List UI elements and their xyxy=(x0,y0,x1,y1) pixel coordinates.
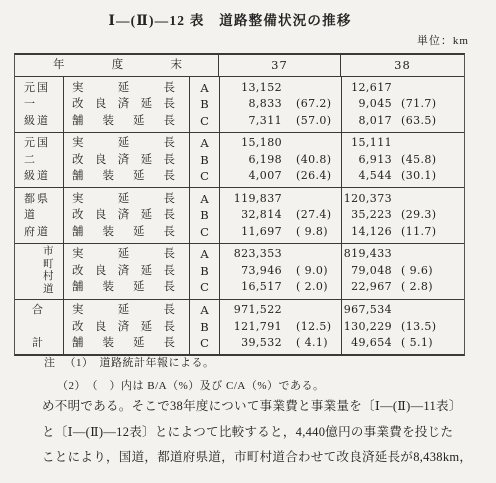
value-38: 12,617 xyxy=(342,80,392,97)
value-line-37: 823,353 xyxy=(220,246,341,263)
ratio-37: ( 2.0) xyxy=(296,279,328,296)
measure-char: 長 xyxy=(164,263,176,280)
measure-char: 装 xyxy=(103,113,115,130)
values-37-column: 119,83732,814(27.4)11,697( 9.8) xyxy=(219,188,341,243)
ratio-37: (67.2) xyxy=(296,96,331,113)
body-line-3: ことにより，国道，都道府県道，市町村道合わせて改良済延長が8,438km， xyxy=(42,445,472,471)
category-line: 都県 xyxy=(24,191,63,208)
value-37: 15,180 xyxy=(220,135,282,152)
measure-char: 長 xyxy=(164,207,176,224)
ratio-37: (57.0) xyxy=(296,113,331,130)
measure-char: 延 xyxy=(133,335,145,352)
measure-label: 舗装延長 xyxy=(64,113,189,130)
measure-column: 実延長改良済延長舗装延長 xyxy=(63,244,189,299)
measure-char: 延 xyxy=(118,246,130,263)
measure-label: 舗装延長 xyxy=(64,335,189,352)
code-label: C xyxy=(190,113,219,130)
measure-char: 実 xyxy=(72,191,84,208)
measure-char: 長 xyxy=(164,135,176,152)
measure-char: 改 xyxy=(72,263,84,280)
table-body: 元国一級道実延長改良済延長舗装延長ABC13,1528,833(67.2)7,3… xyxy=(15,77,464,354)
measure-label: 実延長 xyxy=(64,80,189,97)
category-line: 級道 xyxy=(24,113,63,130)
value-line-37: 16,517( 2.0) xyxy=(220,279,341,296)
ratio-37: (27.4) xyxy=(296,207,331,224)
note-prefix: 注 xyxy=(44,357,56,369)
value-38: 130,229 xyxy=(342,319,392,336)
value-line-37: 119,837 xyxy=(220,191,341,208)
ratio-37: ( 9.8) xyxy=(296,224,328,241)
table-title: Ⅰ—(Ⅱ)—12 表 道路整備状況の推移 xyxy=(0,9,460,29)
ratio-38: (63.5) xyxy=(401,113,436,130)
ratio-37: (26.4) xyxy=(296,168,331,185)
header-col-37: 37 xyxy=(218,55,340,76)
measure-label: 実延長 xyxy=(64,246,189,263)
note-line-1: 注（1） 道路統計年報による。 xyxy=(44,357,325,370)
measure-label: 実延長 xyxy=(64,135,189,152)
ratio-38: ( 9.6) xyxy=(401,263,433,280)
values-37-column: 15,1806,198(40.8)4,007(26.4) xyxy=(219,133,341,188)
measure-char: 延 xyxy=(141,263,153,280)
ratio-37: ( 9.0) xyxy=(296,263,328,280)
code-label: C xyxy=(190,279,219,296)
value-38: 9,045 xyxy=(342,96,392,113)
code-label: B xyxy=(190,96,219,113)
value-line-38: 49,654( 5.1) xyxy=(342,335,464,352)
value-line-37: 13,152 xyxy=(220,80,341,97)
document-page: Ⅰ—(Ⅱ)—12 表 道路整備状況の推移 単位：km 年度末 37 38 元国一… xyxy=(0,0,496,483)
header-col-38: 38 xyxy=(340,55,464,76)
category-cell: 元国一級道 xyxy=(15,77,63,132)
measure-char: 延 xyxy=(141,152,153,169)
measure-column: 実延長改良済延長舗装延長 xyxy=(63,77,189,132)
measure-char: 長 xyxy=(164,152,176,169)
measure-char: 装 xyxy=(103,335,115,352)
category-line: 市 xyxy=(43,246,63,259)
value-37: 39,532 xyxy=(220,335,282,352)
measure-char: 長 xyxy=(164,246,176,263)
measure-char: 長 xyxy=(164,319,176,336)
measure-char: 延 xyxy=(133,113,145,130)
value-line-38: 4,544(30.1) xyxy=(342,168,464,185)
value-38: 35,223 xyxy=(342,207,392,224)
value-line-38: 15,111 xyxy=(342,135,464,152)
measure-char: 長 xyxy=(164,279,176,296)
category-line: 府道 xyxy=(24,224,63,241)
value-line-38: 130,229(13.5) xyxy=(342,319,464,336)
unit-label: 単位：km xyxy=(417,32,469,48)
measure-char: 済 xyxy=(118,152,130,169)
header-year-char: 末 xyxy=(171,55,183,76)
measure-label: 舗装延長 xyxy=(64,279,189,296)
value-38: 6,913 xyxy=(342,152,392,169)
ratio-37: (40.8) xyxy=(296,152,331,169)
category-line: 二 xyxy=(24,152,63,169)
measure-char: 長 xyxy=(164,224,176,241)
measure-label: 舗装延長 xyxy=(64,224,189,241)
value-37: 13,152 xyxy=(220,80,282,97)
code-label: C xyxy=(190,335,219,352)
value-37: 4,007 xyxy=(220,168,282,185)
measure-column: 実延長改良済延長舗装延長 xyxy=(63,133,189,188)
value-line-37: 7,311(57.0) xyxy=(220,113,341,130)
code-label: C xyxy=(190,224,219,241)
note-1-text: （1） 道路統計年報による。 xyxy=(65,357,215,369)
measure-char: 延 xyxy=(118,302,130,319)
values-38-column: 15,1116,913(45.8)4,544(30.1) xyxy=(341,133,464,188)
measure-char: 改 xyxy=(72,96,84,113)
code-column: ABC xyxy=(189,244,219,299)
ratio-38: (45.8) xyxy=(401,152,436,169)
measure-char: 舗 xyxy=(72,224,84,241)
code-label: A xyxy=(190,302,219,319)
roads-table: 年度末 37 38 元国一級道実延長改良済延長舗装延長ABC13,1528,83… xyxy=(14,53,465,356)
values-38-column: 819,43379,048( 9.6)22,967( 2.8) xyxy=(341,244,464,299)
body-line-1: め不明である。そこで38年度について事業費と事業量を〔Ⅰ—(Ⅱ)—11表〕 xyxy=(42,394,472,420)
note-line-2: （2） （ ）内は B/A（%）及び C/A（%）である。 xyxy=(44,380,325,393)
measure-label: 改良済延長 xyxy=(64,207,189,224)
category-cell: 都県道府道 xyxy=(15,188,63,243)
table-group-1: 元国一級道実延長改良済延長舗装延長ABC13,1528,833(67.2)7,3… xyxy=(15,77,464,132)
values-37-column: 823,35373,946( 9.0)16,517( 2.0) xyxy=(219,244,341,299)
measure-label: 改良済延長 xyxy=(64,152,189,169)
value-38: 4,544 xyxy=(342,168,392,185)
value-37: 11,697 xyxy=(220,224,282,241)
value-line-38: 120,373 xyxy=(342,191,464,208)
measure-char: 良 xyxy=(95,207,107,224)
measure-char: 実 xyxy=(72,80,84,97)
measure-label: 改良済延長 xyxy=(64,263,189,280)
table-group-4: 市町村道実延長改良済延長舗装延長ABC823,35373,946( 9.0)16… xyxy=(15,243,464,299)
value-37: 119,837 xyxy=(220,191,282,208)
measure-column: 実延長改良済延長舗装延長 xyxy=(63,300,189,355)
value-38: 15,111 xyxy=(342,135,392,152)
measure-label: 改良済延長 xyxy=(64,319,189,336)
values-38-column: 120,37335,223(29.3)14,126(11.7) xyxy=(341,188,464,243)
code-column: ABC xyxy=(189,188,219,243)
measure-char: 舗 xyxy=(72,279,84,296)
values-38-column: 967,534130,229(13.5)49,654( 5.1) xyxy=(341,300,464,355)
category-line: 道 xyxy=(43,284,63,297)
value-line-38: 35,223(29.3) xyxy=(342,207,464,224)
ratio-38: (13.5) xyxy=(401,319,436,336)
value-line-38: 14,126(11.7) xyxy=(342,224,464,241)
measure-char: 良 xyxy=(95,152,107,169)
table-group-5: 合計実延長改良済延長舗装延長ABC971,522121,791(12.5)39,… xyxy=(15,299,464,355)
ratio-37: ( 4.1) xyxy=(296,335,328,352)
value-38: 120,373 xyxy=(342,191,392,208)
value-38: 967,534 xyxy=(342,302,392,319)
measure-char: 長 xyxy=(164,80,176,97)
measure-char: 延 xyxy=(118,135,130,152)
measure-char: 実 xyxy=(72,302,84,319)
value-38: 22,967 xyxy=(342,279,392,296)
measure-char: 装 xyxy=(103,224,115,241)
value-38: 819,433 xyxy=(342,246,392,263)
value-line-37: 8,833(67.2) xyxy=(220,96,341,113)
measure-char: 良 xyxy=(95,263,107,280)
measure-char: 済 xyxy=(118,207,130,224)
measure-char: 長 xyxy=(164,96,176,113)
value-37: 6,198 xyxy=(220,152,282,169)
code-column: ABC xyxy=(189,133,219,188)
code-column: ABC xyxy=(189,300,219,355)
ratio-38: ( 5.1) xyxy=(401,335,433,352)
code-label: A xyxy=(190,135,219,152)
measure-char: 済 xyxy=(118,319,130,336)
measure-char: 良 xyxy=(95,96,107,113)
ratio-38: (11.7) xyxy=(401,224,436,241)
value-line-38: 9,045(71.7) xyxy=(342,96,464,113)
table-header-row: 年度末 37 38 xyxy=(15,55,464,77)
measure-label: 舗装延長 xyxy=(64,168,189,185)
measure-char: 改 xyxy=(72,319,84,336)
value-37: 73,946 xyxy=(220,263,282,280)
category-line: 元国 xyxy=(24,135,63,152)
ratio-37: (12.5) xyxy=(296,319,331,336)
category-line: 一 xyxy=(24,96,63,113)
value-37: 16,517 xyxy=(220,279,282,296)
code-label: A xyxy=(190,246,219,263)
code-column: ABC xyxy=(189,77,219,132)
body-line-2: と〔Ⅰ—(Ⅱ)—12表〕とによつて比較すると，4,440億円の事業費を投じた xyxy=(42,420,472,446)
values-37-column: 13,1528,833(67.2)7,311(57.0) xyxy=(219,77,341,132)
value-line-38: 12,617 xyxy=(342,80,464,97)
value-37: 32,814 xyxy=(220,207,282,224)
value-line-37: 121,791(12.5) xyxy=(220,319,341,336)
measure-char: 実 xyxy=(72,135,84,152)
category-line: 町 xyxy=(43,259,63,272)
value-38: 8,017 xyxy=(342,113,392,130)
value-line-38: 819,433 xyxy=(342,246,464,263)
value-line-37: 6,198(40.8) xyxy=(220,152,341,169)
ratio-38: (30.1) xyxy=(401,168,436,185)
measure-label: 改良済延長 xyxy=(64,96,189,113)
table-group-3: 都県道府道実延長改良済延長舗装延長ABC119,83732,814(27.4)1… xyxy=(15,187,464,243)
measure-char: 実 xyxy=(72,246,84,263)
value-38: 49,654 xyxy=(342,335,392,352)
measure-char: 延 xyxy=(141,207,153,224)
category-cell: 市町村道 xyxy=(15,244,63,299)
code-label: B xyxy=(190,263,219,280)
value-line-38: 79,048( 9.6) xyxy=(342,263,464,280)
code-label: A xyxy=(190,80,219,97)
value-38: 14,126 xyxy=(342,224,392,241)
values-37-column: 971,522121,791(12.5)39,532( 4.1) xyxy=(219,300,341,355)
measure-char: 長 xyxy=(164,335,176,352)
value-line-38: 967,534 xyxy=(342,302,464,319)
measure-column: 実延長改良済延長舗装延長 xyxy=(63,188,189,243)
measure-char: 舗 xyxy=(72,168,84,185)
measure-char: 改 xyxy=(72,207,84,224)
measure-char: 延 xyxy=(141,319,153,336)
measure-char: 良 xyxy=(95,319,107,336)
value-line-38: 22,967( 2.8) xyxy=(342,279,464,296)
value-37: 7,311 xyxy=(220,113,282,130)
measure-char: 延 xyxy=(133,168,145,185)
header-year-char: 年 xyxy=(53,55,65,76)
table-group-2: 元国二級道実延長改良済延長舗装延長ABC15,1806,198(40.8)4,0… xyxy=(15,132,464,188)
measure-label: 実延長 xyxy=(64,302,189,319)
measure-char: 改 xyxy=(72,152,84,169)
code-label: B xyxy=(190,319,219,336)
measure-label: 実延長 xyxy=(64,191,189,208)
value-37: 971,522 xyxy=(220,302,282,319)
measure-char: 延 xyxy=(133,279,145,296)
header-year-end-label: 年度末 xyxy=(15,55,218,76)
measure-char: 装 xyxy=(103,168,115,185)
value-line-37: 39,532( 4.1) xyxy=(220,335,341,352)
value-line-37: 4,007(26.4) xyxy=(220,168,341,185)
code-label: C xyxy=(190,168,219,185)
value-37: 121,791 xyxy=(220,319,282,336)
category-line: 元国 xyxy=(24,80,63,97)
header-year-char: 度 xyxy=(112,55,124,76)
ratio-38: (29.3) xyxy=(401,207,436,224)
measure-char: 長 xyxy=(164,302,176,319)
code-label: B xyxy=(190,207,219,224)
category-cell: 元国二級道 xyxy=(15,133,63,188)
category-line: 級道 xyxy=(24,168,63,185)
measure-char: 延 xyxy=(118,80,130,97)
measure-char: 装 xyxy=(103,279,115,296)
values-38-column: 12,6179,045(71.7)8,017(63.5) xyxy=(341,77,464,132)
measure-char: 長 xyxy=(164,113,176,130)
note-2-text: （2） （ ）内は B/A（%）及び C/A（%）である。 xyxy=(57,380,325,392)
value-line-37: 32,814(27.4) xyxy=(220,207,341,224)
measure-char: 舗 xyxy=(72,113,84,130)
value-line-37: 971,522 xyxy=(220,302,341,319)
value-37: 8,833 xyxy=(220,96,282,113)
measure-char: 延 xyxy=(141,96,153,113)
category-line xyxy=(32,319,63,336)
ratio-38: ( 2.8) xyxy=(401,279,433,296)
measure-char: 済 xyxy=(118,263,130,280)
ratio-38: (71.7) xyxy=(401,96,436,113)
category-line: 村 xyxy=(43,271,63,284)
code-label: B xyxy=(190,152,219,169)
measure-char: 延 xyxy=(133,224,145,241)
value-line-37: 11,697( 9.8) xyxy=(220,224,341,241)
measure-char: 舗 xyxy=(72,335,84,352)
value-line-37: 73,946( 9.0) xyxy=(220,263,341,280)
value-38: 79,048 xyxy=(342,263,392,280)
category-cell: 合計 xyxy=(15,300,63,355)
measure-char: 延 xyxy=(118,191,130,208)
category-line: 合 xyxy=(32,302,63,319)
measure-char: 長 xyxy=(164,191,176,208)
value-line-38: 6,913(45.8) xyxy=(342,152,464,169)
measure-char: 長 xyxy=(164,168,176,185)
measure-char: 済 xyxy=(118,96,130,113)
value-line-37: 15,180 xyxy=(220,135,341,152)
category-line: 計 xyxy=(32,335,63,352)
category-line: 道 xyxy=(24,207,63,224)
body-text: め不明である。そこで38年度について事業費と事業量を〔Ⅰ—(Ⅱ)—11表〕 と〔… xyxy=(42,394,472,471)
value-37: 823,353 xyxy=(220,246,282,263)
value-line-38: 8,017(63.5) xyxy=(342,113,464,130)
code-label: A xyxy=(190,191,219,208)
